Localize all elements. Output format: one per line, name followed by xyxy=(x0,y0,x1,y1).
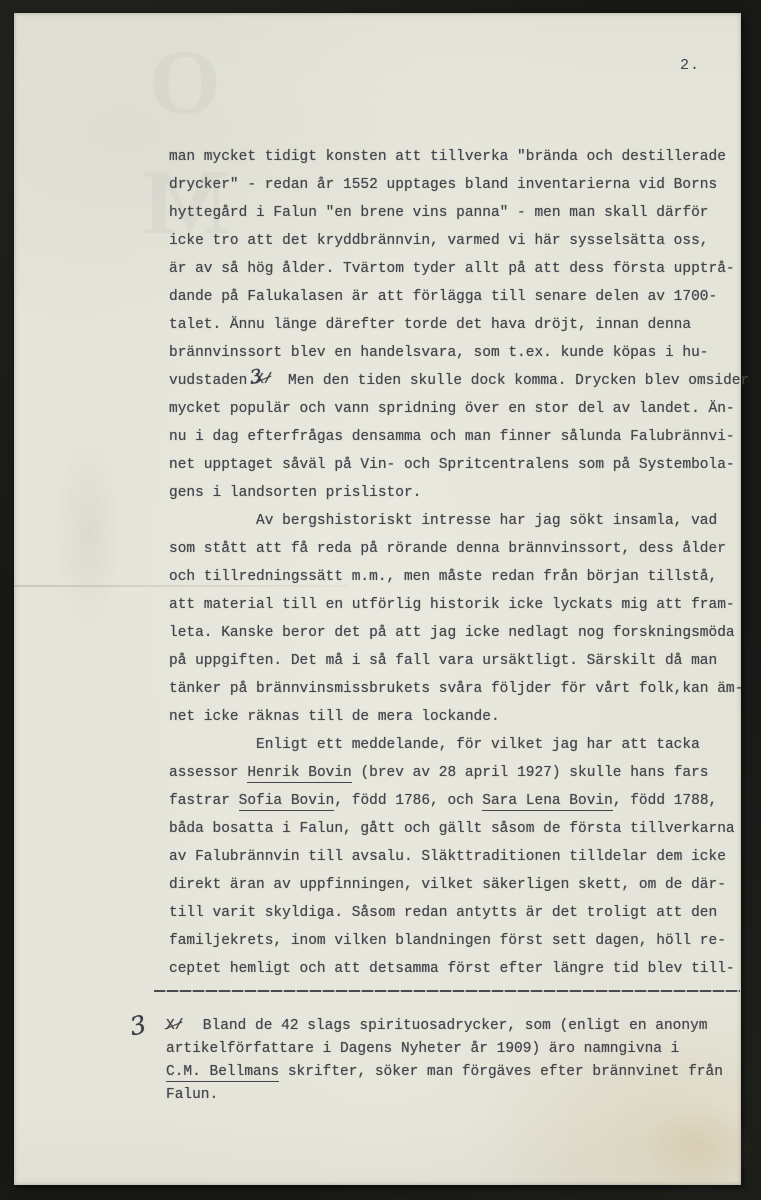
body-line: ceptet hemligt och att detsamma först ef… xyxy=(169,955,744,983)
body-line: vudstaden.3X/Men den tiden skulle dock k… xyxy=(169,367,744,395)
paper-stain xyxy=(54,433,124,633)
body-line: direkt äran av uppfinningen, vilket säke… xyxy=(169,871,744,899)
body-line: och tillredningssätt m.m., men måste red… xyxy=(169,563,744,591)
footnote-line: X/ Bland de 42 slags spirituosadrycker, … xyxy=(166,1015,746,1038)
handwritten-footnote-number: 3 xyxy=(127,1010,149,1042)
body-line: mycket populär och vann spridning över e… xyxy=(169,395,744,423)
body-line: familjekrets, inom vilken blandningen fö… xyxy=(169,927,744,955)
scanned-page: OM 2. man mycket tidigt konsten att till… xyxy=(14,13,741,1185)
body-line: brännvinssort blev en handelsvara, som t… xyxy=(169,339,744,367)
underlined-name: Sara Lena Bovin xyxy=(482,793,613,811)
page-number: 2. xyxy=(680,57,700,74)
body-line: talet. Ännu länge därefter torde det hav… xyxy=(169,311,744,339)
body-line: man mycket tidigt konsten att tillverka … xyxy=(169,143,744,171)
body-line: leta. Kanske beror det på att jag icke n… xyxy=(169,619,744,647)
body-line: hyttegård i Falun "en brene vins panna" … xyxy=(169,199,744,227)
body-line: drycker" - redan år 1552 upptages bland … xyxy=(169,171,744,199)
body-line: net upptaget såväl på Vin- och Spritcent… xyxy=(169,451,744,479)
footnote-line: artikelförfattare i Dagens Nyheter år 19… xyxy=(166,1038,746,1061)
body-line: fastrar Sofia Bovin, född 1786, och Sara… xyxy=(169,787,744,815)
underlined-name: C.M. Bellmans xyxy=(166,1064,279,1082)
body-line: Enligt ett meddelande, för vilket jag ha… xyxy=(169,731,744,759)
body-line: av Falubrännvin till avsalu. Släkttradit… xyxy=(169,843,744,871)
body-line: är av så hög ålder. Tvärtom tyder allt p… xyxy=(169,255,744,283)
body-line: Av bergshistoriskt intresse har jag sökt… xyxy=(169,507,744,535)
crossed-footnote-marker: X/ xyxy=(166,1015,183,1038)
footnote-line: Falun. xyxy=(166,1084,746,1107)
body-line: gens i landsorten prislistor. xyxy=(169,479,744,507)
paper-stain xyxy=(644,1103,754,1193)
body-line: net icke räknas till de mera lockande. xyxy=(169,703,744,731)
footnote-line: C.M. Bellmans skrifter, söker man förgäv… xyxy=(166,1061,746,1084)
document-body: man mycket tidigt konsten att tillverka … xyxy=(169,143,744,983)
body-line: på uppgiften. Det må i så fall vara ursä… xyxy=(169,647,744,675)
underlined-name: Henrik Bovin xyxy=(247,765,351,783)
scan-background: { "page": { "number": "2." }, "document"… xyxy=(0,0,761,1200)
footnote: 3 X/ Bland de 42 slags spirituosadrycker… xyxy=(166,1015,746,1107)
body-line: icke tro att det kryddbrännvin, varmed v… xyxy=(169,227,744,255)
body-line: assessor Henrik Bovin (brev av 28 april … xyxy=(169,759,744,787)
footnote-lines: X/ Bland de 42 slags spirituosadrycker, … xyxy=(166,1015,746,1107)
body-line: som stått att få reda på rörande denna b… xyxy=(169,535,744,563)
body-line: nu i dag efterfrågas densamma och man fi… xyxy=(169,423,744,451)
body-line: båda bosatta i Falun, gått och gällt sås… xyxy=(169,815,744,843)
footnote-rule xyxy=(154,990,740,992)
body-line: dande på Falukalasen är att förlägga til… xyxy=(169,283,744,311)
underlined-name: Sofia Bovin xyxy=(239,793,335,811)
body-line: tänker på brännvinsmissbrukets svåra föl… xyxy=(169,675,744,703)
body-line: att material till en utförlig historik i… xyxy=(169,591,744,619)
body-line: till varit skyldiga. Såsom redan antytts… xyxy=(169,899,744,927)
